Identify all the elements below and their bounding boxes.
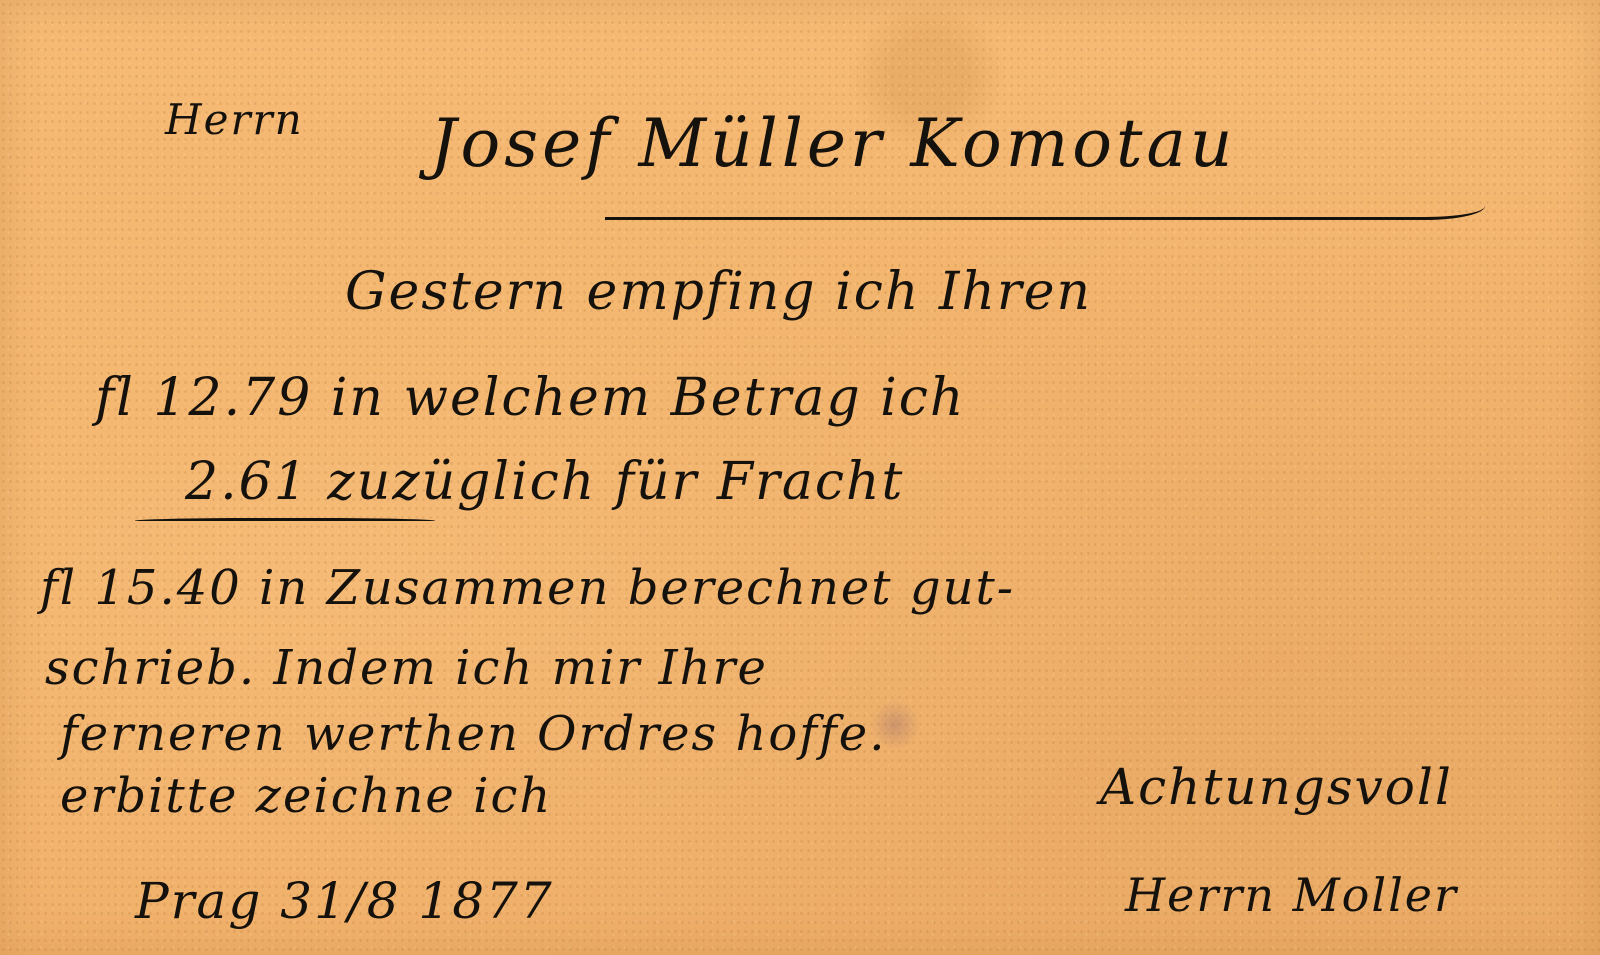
salutation: Herrn bbox=[165, 95, 304, 144]
body-line-5: schrieb. Indem ich mir Ihre bbox=[45, 640, 768, 696]
body-line-3: 2.61 zuzüglich für Fracht bbox=[185, 452, 904, 512]
postcard: Herrn Josef Müller Komotau Gestern empfi… bbox=[0, 0, 1600, 955]
body-line-4: fl 15.40 in Zusammen berechnet gut- bbox=[40, 560, 1015, 616]
body-line-7: erbitte zeichne ich bbox=[60, 768, 552, 824]
body-line-6: ferneren werthen Ordres hoffe. bbox=[60, 706, 886, 762]
place-date: Prag 31/8 1877 bbox=[135, 872, 554, 930]
ink-smudge bbox=[870, 700, 920, 750]
sum-rule bbox=[135, 518, 435, 525]
body-line-1: Gestern empfing ich Ihren bbox=[345, 262, 1092, 322]
recipient-name: Josef Müller Komotau bbox=[430, 105, 1236, 182]
recipient-underline bbox=[605, 203, 1485, 220]
body-line-2: fl 12.79 in welchem Betrag ich bbox=[95, 368, 965, 428]
closing: Achtungsvoll bbox=[1100, 758, 1453, 816]
signature: Herrn Moller bbox=[1125, 868, 1458, 922]
